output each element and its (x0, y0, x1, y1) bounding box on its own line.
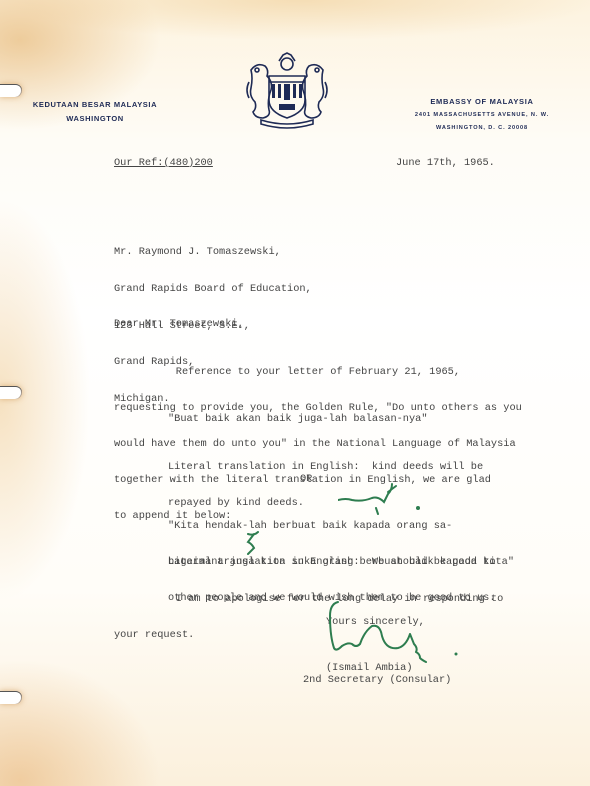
letterhead-left-line1: KEDUTAAN BESAR MALAYSIA (30, 98, 160, 112)
ink-insertion-mark-icon (240, 528, 270, 558)
punch-hole-bottom (0, 691, 22, 704)
reference-number: Our Ref:(480)200 (114, 157, 213, 169)
punch-hole-middle (0, 386, 22, 399)
or-separator: OR (300, 473, 312, 485)
paragraph-1-line: Reference to your letter of February 21,… (114, 366, 522, 378)
letter-date: June 17th, 1965. (396, 157, 495, 169)
salutation: Dear Mr. Tomaszewski, (114, 318, 244, 330)
punch-hole-top (0, 84, 22, 97)
coat-of-arms-icon (243, 52, 331, 130)
letterhead-left-line2: WASHINGTON (30, 112, 160, 126)
letterhead-left: KEDUTAAN BESAR MALAYSIA WASHINGTON (30, 98, 160, 126)
recipient-name: Mr. Raymond J. Tomaszewski, (114, 246, 312, 258)
letterhead-right-line3: WASHINGTON, D. C. 20008 (382, 122, 582, 135)
letterhead-right-line1: EMBASSY OF MALAYSIA (382, 95, 582, 109)
signatory-title: 2nd Secretary (Consular) (303, 674, 451, 686)
malay-quote-1: "Buat baik akan baik juga-lah balasan-ny… (168, 413, 428, 425)
signatory-name: (Ismail Ambia) (326, 662, 413, 674)
letterhead-right-line2: 2401 MASSACHUSETTS AVENUE, N. W. (382, 109, 582, 122)
recipient-organization: Grand Rapids Board of Education, (114, 283, 312, 295)
ink-correction-mark-icon (338, 478, 458, 522)
letterhead-right: EMBASSY OF MALAYSIA 2401 MASSACHUSETTS A… (382, 95, 582, 135)
translation-1-line: Literal translation in English: kind dee… (168, 461, 483, 473)
translation-2-line: Literal translation in English: We shoul… (168, 556, 496, 568)
